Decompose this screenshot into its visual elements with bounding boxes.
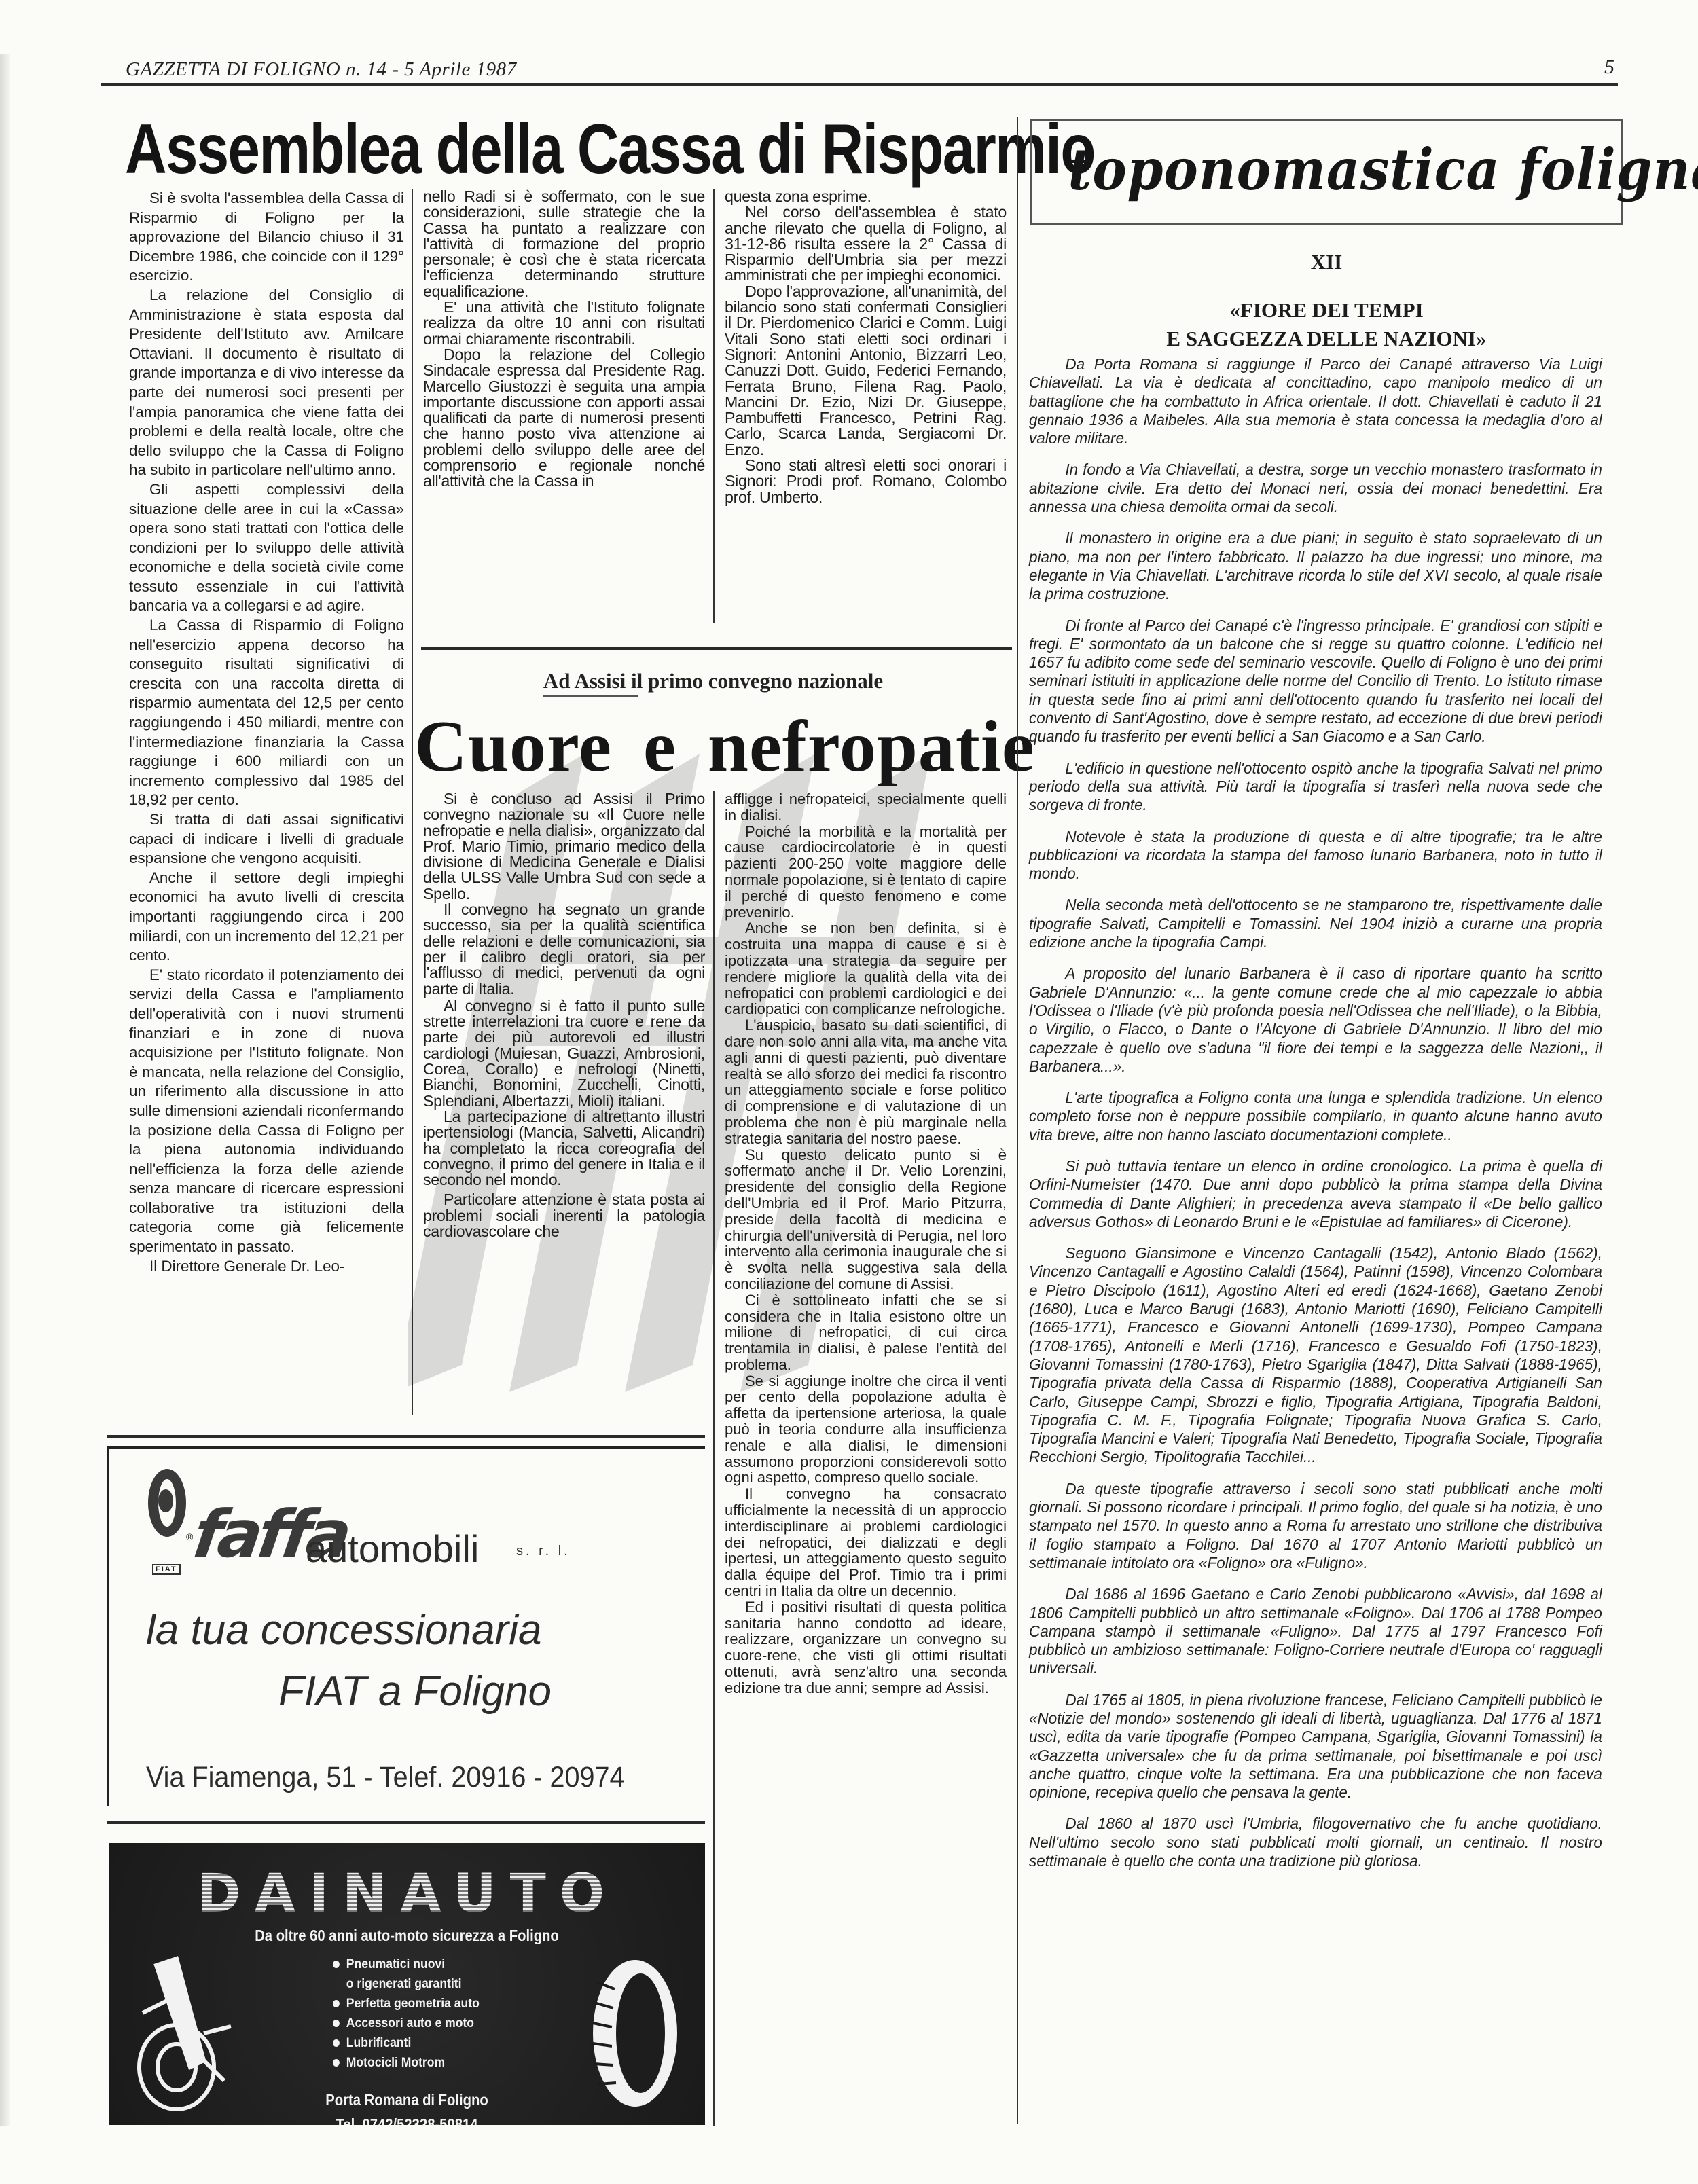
article-cassa-col3: questa zona esprime. Nel corso dell'asse… [725, 189, 1007, 505]
paragraph: Gli aspetti complessivi della situazione… [129, 480, 404, 616]
paragraph: Anche se non ben definita, si è costruit… [725, 920, 1007, 1017]
dainauto-contact: Porta Romana di Foligno Tel. 0742/52328-… [145, 2088, 670, 2125]
article-cuore-kicker: Ad Assisi il primo convegno nazionale [421, 669, 1005, 693]
article-cassa-col1: Si è svolta l'assemblea della Cassa di R… [129, 189, 404, 1276]
registered-mark: ® [186, 1531, 193, 1542]
article-cassa-col2: nello Radi si è soffermato, con le sue c… [423, 189, 705, 490]
ad-top-rule [107, 1821, 705, 1824]
paragraph: Sono stati altresì eletti soci onorari i… [725, 458, 1007, 505]
article-cuore-col1: Si è concluso ad Assisi il Primo convegn… [423, 791, 705, 1239]
paragraph: Dopo l'approvazione, all'unanimità, del … [725, 284, 1007, 458]
paragraph: Seguono Giansimone e Vincenzo Cantagalli… [1029, 1244, 1602, 1467]
paragraph: Ed i positivi risultati di questa politi… [725, 1599, 1007, 1696]
paragraph: Si è concluso ad Assisi il Primo convegn… [423, 791, 705, 902]
paragraph: Si può tuttavia tentare un elenco in ord… [1029, 1157, 1602, 1231]
column-headline: «FIORE DEI TEMPI E SAGGEZZA DELLE NAZION… [1030, 296, 1623, 353]
paragraph: Nella seconda metà dell'ottocento se ne … [1029, 896, 1602, 951]
article-cuore-col2: affligge i nefropateici, specialmente qu… [725, 791, 1007, 1696]
kicker-underline [543, 695, 638, 697]
faffa-tagline-2: FIAT a Foligno [278, 1667, 552, 1715]
paragraph: La partecipazione di altrettanto illustr… [423, 1109, 705, 1188]
paragraph: E' una attività che l'Istituto folignate… [423, 299, 705, 347]
faffa-tagline-1: la tua concessionaria [146, 1606, 541, 1654]
paragraph: Notevole è stata la produzione di questa… [1029, 828, 1602, 884]
dainauto-location: Porta Romana di Foligno [145, 2088, 670, 2112]
faffa-address: Via Fiamenga, 51 - Telef. 20916 - 20974 [146, 1761, 625, 1794]
paragraph: La relazione del Consiglio di Amministra… [129, 286, 404, 480]
service-item: Pneumatici nuovi [333, 1954, 480, 1974]
paragraph: Ci è sottolineato infatti che se si cons… [725, 1292, 1007, 1373]
paragraph: L'auspicio, basato su dati scientifici, … [725, 1017, 1007, 1146]
paragraph: Poiché la morbilità e la mortalità per c… [725, 824, 1007, 921]
paragraph: A proposito del lunario Barbanera è il c… [1029, 964, 1602, 1076]
paragraph: Dal 1686 al 1696 Gaetano e Carlo Zenobi … [1029, 1585, 1602, 1677]
paragraph: Se si aggiunge inoltre che circa il vent… [725, 1373, 1007, 1487]
service-item: Perfetta geometria auto [333, 1994, 480, 2014]
headline-line-1: «FIORE DEI TEMPI [1030, 296, 1623, 325]
article-cassa-title: Assemblea della Cassa di Risparmio [125, 112, 852, 187]
paragraph: Anche il settore degli impieghi economic… [129, 869, 404, 966]
paragraph: nello Radi si è soffermato, con le sue c… [423, 189, 705, 299]
scan-page-edge [0, 54, 10, 2126]
paragraph: Da Porta Romana si raggiunge il Parco de… [1029, 355, 1602, 448]
dainauto-services-list: Pneumatici nuovi o rigenerati garantiti … [333, 1954, 496, 2073]
paragraph: Si è svolta l'assemblea della Cassa di R… [129, 189, 404, 286]
fiat-badge: FIAT [152, 1564, 181, 1575]
paragraph: Particolare attenzione è stata posta ai … [423, 1192, 705, 1239]
header-rule [101, 83, 1618, 86]
paragraph: L'edificio in questione nell'ottocento o… [1029, 759, 1602, 815]
installment-number: XII [1030, 250, 1623, 274]
paragraph: Si tratta di dati assai significativi ca… [129, 810, 404, 869]
paragraph: Il monastero in origine era a due piani;… [1029, 529, 1602, 603]
dainauto-brand: DAINAUTO [170, 1863, 645, 1925]
paragraph: Nel corso dell'assemblea è stato anche r… [725, 204, 1007, 283]
service-item: o rigenerati garantiti [333, 1974, 480, 1994]
faffa-legal-form: s. r. l. [516, 1544, 571, 1559]
paragraph: In fondo a Via Chiavellati, a destra, so… [1029, 460, 1602, 516]
ad-top-rule [107, 1435, 705, 1438]
service-item: Motocicli Motrom [333, 2053, 480, 2073]
paragraph: Il convegno ha segnato un grande success… [423, 902, 705, 997]
faffa-logo-dot [158, 1489, 173, 1512]
paragraph: E' stato ricordato il potenziamento dei … [129, 966, 404, 1257]
paragraph: Al convegno si è fatto il punto sulle st… [423, 998, 705, 1109]
faffa-brand-suffix: automobili [306, 1527, 479, 1571]
headline-line-2: E SAGGEZZA DELLE NAZIONI» [1030, 325, 1623, 353]
column-divider [1017, 117, 1018, 2124]
paragraph: Dal 1765 al 1805, in piena rivoluzione f… [1029, 1691, 1602, 1802]
paragraph: Da queste tipografie attraverso i secoli… [1029, 1480, 1602, 1572]
column-divider [412, 189, 413, 1415]
paragraph: L'arte tipografica a Foligno conta una l… [1029, 1089, 1602, 1144]
dainauto-phone: Tel. 0742/52328-50814 [145, 2112, 670, 2125]
paragraph: Il convegno ha consacrato ufficialmente … [725, 1486, 1007, 1599]
paragraph: questa zona esprime. [725, 189, 1007, 204]
page-number: 5 [1604, 56, 1614, 79]
column-body: Da Porta Romana si raggiunge il Parco de… [1029, 355, 1602, 1883]
article-cuore-title: Cuore e nefropatie [414, 706, 1012, 788]
paragraph: La Cassa di Risparmio di Foligno nell'es… [129, 616, 404, 810]
paragraph: Il Direttore Generale Dr. Leo- [129, 1257, 404, 1277]
section-rule [421, 647, 1012, 650]
faffa-ad: ® FIAT faffa automobili s. r. l. la tua … [107, 1446, 705, 1806]
paragraph: Dopo la relazione del Collegio Sindacale… [423, 347, 705, 490]
dainauto-ad: DAINAUTO Da oltre 60 anni auto-moto sicu… [109, 1843, 705, 2125]
dainauto-slogan: Da oltre 60 anni auto-moto sicurezza a F… [145, 1927, 670, 1945]
paragraph: Di fronte al Parco dei Canapé c'è l'ingr… [1029, 617, 1602, 746]
series-title: toponomastica folignate [1068, 136, 1588, 203]
paragraph: Su questo delicato punto si è soffermato… [725, 1147, 1007, 1292]
column-divider [713, 189, 715, 623]
service-item: Accessori auto e moto [333, 2014, 480, 2033]
column-divider [713, 791, 715, 2126]
paragraph: Dal 1860 al 1870 uscì l'Umbria, filogove… [1029, 1815, 1602, 1870]
service-item: Lubrificanti [333, 2033, 480, 2053]
running-head: GAZZETTA DI FOLIGNO n. 14 - 5 Aprile 198… [126, 58, 517, 81]
paragraph: affligge i nefropateici, specialmente qu… [725, 791, 1007, 824]
